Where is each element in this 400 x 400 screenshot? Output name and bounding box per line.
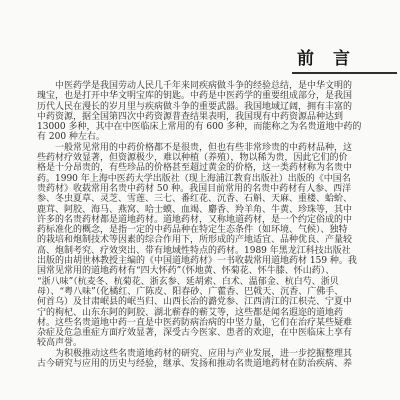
preface-title-block: 前 言 [292, 44, 397, 74]
preface-body: 中医药学是我国劳动人民几千年来同疾病做斗争的经验总结，是中华文明的瑰宝，也是打开… [37, 81, 367, 369]
text-line: 古今研究与应用的历史与经验，继承、发扬和推动名贵道地药材在防治疾病、养 [37, 359, 367, 369]
text-line: 较高声誉。 [37, 338, 367, 348]
text-line: 贵药材》收载常用名贵中药材 50 种。我国目前常用的名贵中药材有人参、西洋 [37, 184, 367, 194]
text-line: 鹿茸、阿胶、海马、燕窝、哈士蟆、血竭、麝香、羚羊角、牛黄、珍珠等，其中 [37, 205, 367, 215]
text-line: 一般常见常用的中药价格都不是很贵，但也有些非常珍贵的中药材品种，这 [37, 143, 367, 153]
text-line: 国常见常用的道地药材有“四大怀药”（怀地黄、怀菊花、怀牛膝、怀山药）、 [37, 266, 367, 276]
text-line: 的栽培和炮制技术等因素的综合作用下，所形成的产地适宜、品种优良、产量较 [37, 235, 367, 245]
text-line: 高、炮制考究、疗效突出、带有地域性特点的药材。1989 年黑龙江科技出版社 [37, 246, 367, 256]
text-line: 何首乌）及甘肃岷县的岷当归、山西长治的潞党参、江西清江的江枳壳、宁夏中 [37, 297, 367, 307]
text-line: 些药材疗效显著，但资源极少，难以种植（养殖），物以稀为贵，因此它们的价 [37, 153, 367, 163]
text-line: 许多的名贵药材都是道地药材。道地药材，又称地道药材，是一个约定俗成的中 [37, 215, 367, 225]
text-line: 宁的枸杞、山东东阿的阿胶、湖北蕲春的蕲艾等，这些都是闻名遐迩的道地药 [37, 308, 367, 318]
text-line: 有 200 种左右。 [37, 132, 367, 142]
text-line: 母）、“粤八味”（化橘红、广陈皮、阳春砂、广藿香、巴戟天、沉香、广佛手、 [37, 287, 367, 297]
text-line: 杂症及危急重症方面疗效显著，深受古今医家、患者的欢迎，在中医临床上享有 [37, 328, 367, 338]
text-line: 历代人民在漫长的岁月里与疾病做斗争的重要武器。我国地域辽阔，拥有丰富的 [37, 102, 367, 112]
text-line: 瑰宝，也是打开中华文明宝库的钥匙。中药是中医药学的重要组成部分，是我国 [37, 91, 367, 101]
text-line: 中医药学是我国劳动人民几千年来同疾病做斗争的经验总结，是中华文明的 [37, 81, 367, 91]
text-line: 格是十分昂贵的，有些珍品的价格甚至超过黄金的价格，这一类药材称为名贵中 [37, 163, 367, 173]
book-page: 前 言 中医药学是我国劳动人民几千年来同疾病做斗争的经验总结，是中华文明的瑰宝，… [0, 0, 400, 400]
text-line: “浙八味”（杭麦冬、杭菊花、浙玄参、延胡索、白术、温郁金、杭白芍、浙贝 [37, 277, 367, 287]
text-line: 药。1990 年上海中医药大学出版社（现上海浦江教育出版社）出版的《中国名 [37, 174, 367, 184]
text-line: 材。这些名贵道地中药一直是中医药防病治病的中坚力量，它们在治疗某些疑难 [37, 318, 367, 328]
text-line: 参、冬虫夏草、灵芝、雪莲、三七、番红花、沉香、石斛、天麻、重楼、蛤蚧、 [37, 194, 367, 204]
text-line: 药标准化的概念，是指一定的中药品种在特定生态条件（如环境、气候）、独特 [37, 225, 367, 235]
text-line: 中药资源，据全国第四次中药资源普查结果表明，我国现有中药资源品种达到 [37, 112, 367, 122]
text-line: 13000 多种，其中在中医临床上常用的有 600 多种，而能称之为名贵道地中药… [37, 122, 367, 132]
text-line: 出版的由胡世林教授主编的《中国道地药材》一书收载常用道地药材 159 种。我 [37, 256, 367, 266]
page-title: 前 言 [292, 44, 351, 69]
text-line: 为积极推动这些名贵道地药材的研究、应用与产业发展，进一步挖掘整理其 [37, 349, 367, 359]
